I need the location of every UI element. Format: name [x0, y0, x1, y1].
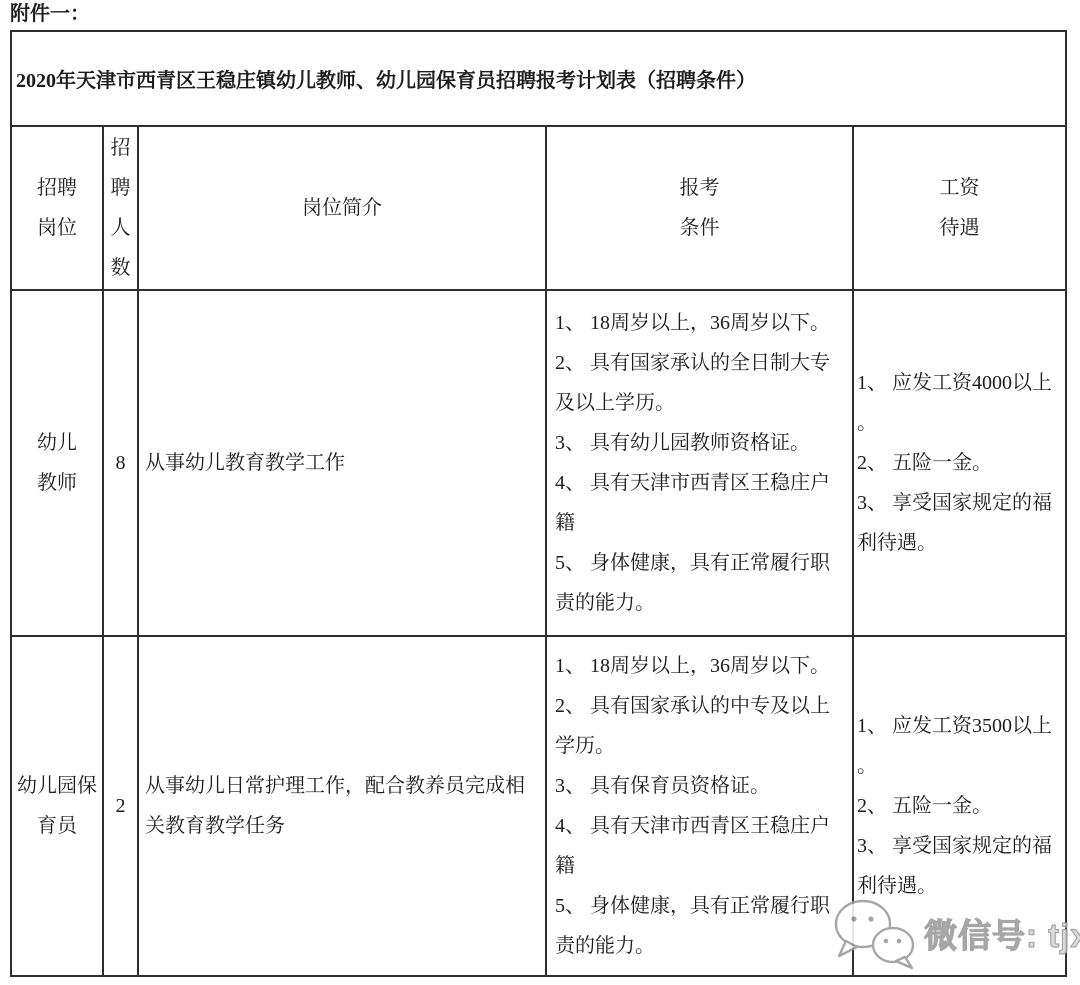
header-salary-label: 工资待遇 — [937, 168, 983, 248]
header-salary-cell: 工资待遇 — [853, 126, 1066, 290]
condition-item: 3、 具有幼儿园教师资格证。 — [555, 423, 843, 463]
salary-cell: 1、 应发工资3500以上。 2、 五险一金。 3、 享受国家规定的福利待遇。 — [853, 636, 1066, 976]
position-line: 育员 — [14, 806, 100, 846]
header-position-label: 招聘岗位 — [34, 168, 80, 248]
table-header-row: 招聘岗位 招聘人数 岗位简介 报考条件 工资待遇 — [11, 126, 1066, 290]
position-line: 幼儿园保 — [14, 766, 100, 806]
header-headcount-label: 招聘人数 — [110, 128, 132, 288]
condition-item: 2、 具有国家承认的全日制大专及以上学历。 — [555, 343, 843, 423]
salary-item: 3、 享受国家规定的福利待遇。 — [857, 483, 1065, 563]
header-intro-cell: 岗位简介 — [138, 126, 546, 290]
salary-item: 2、 五险一金。 — [857, 786, 1065, 826]
header-conditions-label: 报考条件 — [677, 168, 723, 248]
position-line: 教师 — [14, 463, 100, 503]
salary-cell: 1、 应发工资4000以上。 2、 五险一金。 3、 享受国家规定的福利待遇。 — [853, 290, 1066, 636]
salary-item: 1、 应发工资3500以上。 — [857, 706, 1065, 786]
position-cell: 幼儿园保 育员 — [11, 636, 103, 976]
condition-item: 1、 18周岁以上，36周岁以下。 — [555, 646, 843, 686]
salary-item: 1、 应发工资4000以上。 — [857, 363, 1065, 443]
headcount-cell: 2 — [103, 636, 138, 976]
headcount-cell: 8 — [103, 290, 138, 636]
attachment-label: 附件一： — [10, 1, 90, 27]
condition-item: 4、 具有天津市西青区王稳庄户籍 — [555, 463, 843, 543]
salary-item: 3、 享受国家规定的福利待遇。 — [857, 826, 1065, 906]
table-row-caregiver: 幼儿园保 育员 2 从事幼儿日常护理工作，配合教养员完成相关教育教学任务 1、 … — [11, 636, 1066, 976]
table-title: 2020年天津市西青区王稳庄镇幼儿教师、幼儿园保育员招聘报考计划表（招聘条件） — [11, 31, 1066, 126]
condition-item: 4、 具有天津市西青区王稳庄户籍 — [555, 806, 843, 886]
condition-item: 3、 具有保育员资格证。 — [555, 766, 843, 806]
conditions-cell: 1、 18周岁以上，36周岁以下。 2、 具有国家承认的全日制大专及以上学历。 … — [546, 290, 853, 636]
conditions-cell: 1、 18周岁以上，36周岁以下。 2、 具有国家承认的中专及以上学历。 3、 … — [546, 636, 853, 976]
condition-item: 5、 身体健康，具有正常履行职责的能力。 — [555, 886, 843, 966]
condition-item: 1、 18周岁以上，36周岁以下。 — [555, 303, 843, 343]
position-line: 幼儿 — [14, 423, 100, 463]
condition-item: 2、 具有国家承认的中专及以上学历。 — [555, 686, 843, 766]
header-headcount-cell: 招聘人数 — [103, 126, 138, 290]
page: 附件一： 2020年天津市西青区王稳庄镇幼儿教师、幼儿园保育员招聘报考计划表（招… — [0, 0, 1080, 985]
position-cell: 幼儿 教师 — [11, 290, 103, 636]
header-position-cell: 招聘岗位 — [11, 126, 103, 290]
recruitment-table: 2020年天津市西青区王稳庄镇幼儿教师、幼儿园保育员招聘报考计划表（招聘条件） … — [10, 30, 1067, 977]
intro-cell: 从事幼儿教育教学工作 — [138, 290, 546, 636]
table-title-row: 2020年天津市西青区王稳庄镇幼儿教师、幼儿园保育员招聘报考计划表（招聘条件） — [11, 31, 1066, 126]
table-row-teacher: 幼儿 教师 8 从事幼儿教育教学工作 1、 18周岁以上，36周岁以下。 2、 … — [11, 290, 1066, 636]
salary-item: 2、 五险一金。 — [857, 443, 1065, 483]
header-conditions-cell: 报考条件 — [546, 126, 853, 290]
condition-item: 5、 身体健康，具有正常履行职责的能力。 — [555, 543, 843, 623]
intro-cell: 从事幼儿日常护理工作，配合教养员完成相关教育教学任务 — [138, 636, 546, 976]
